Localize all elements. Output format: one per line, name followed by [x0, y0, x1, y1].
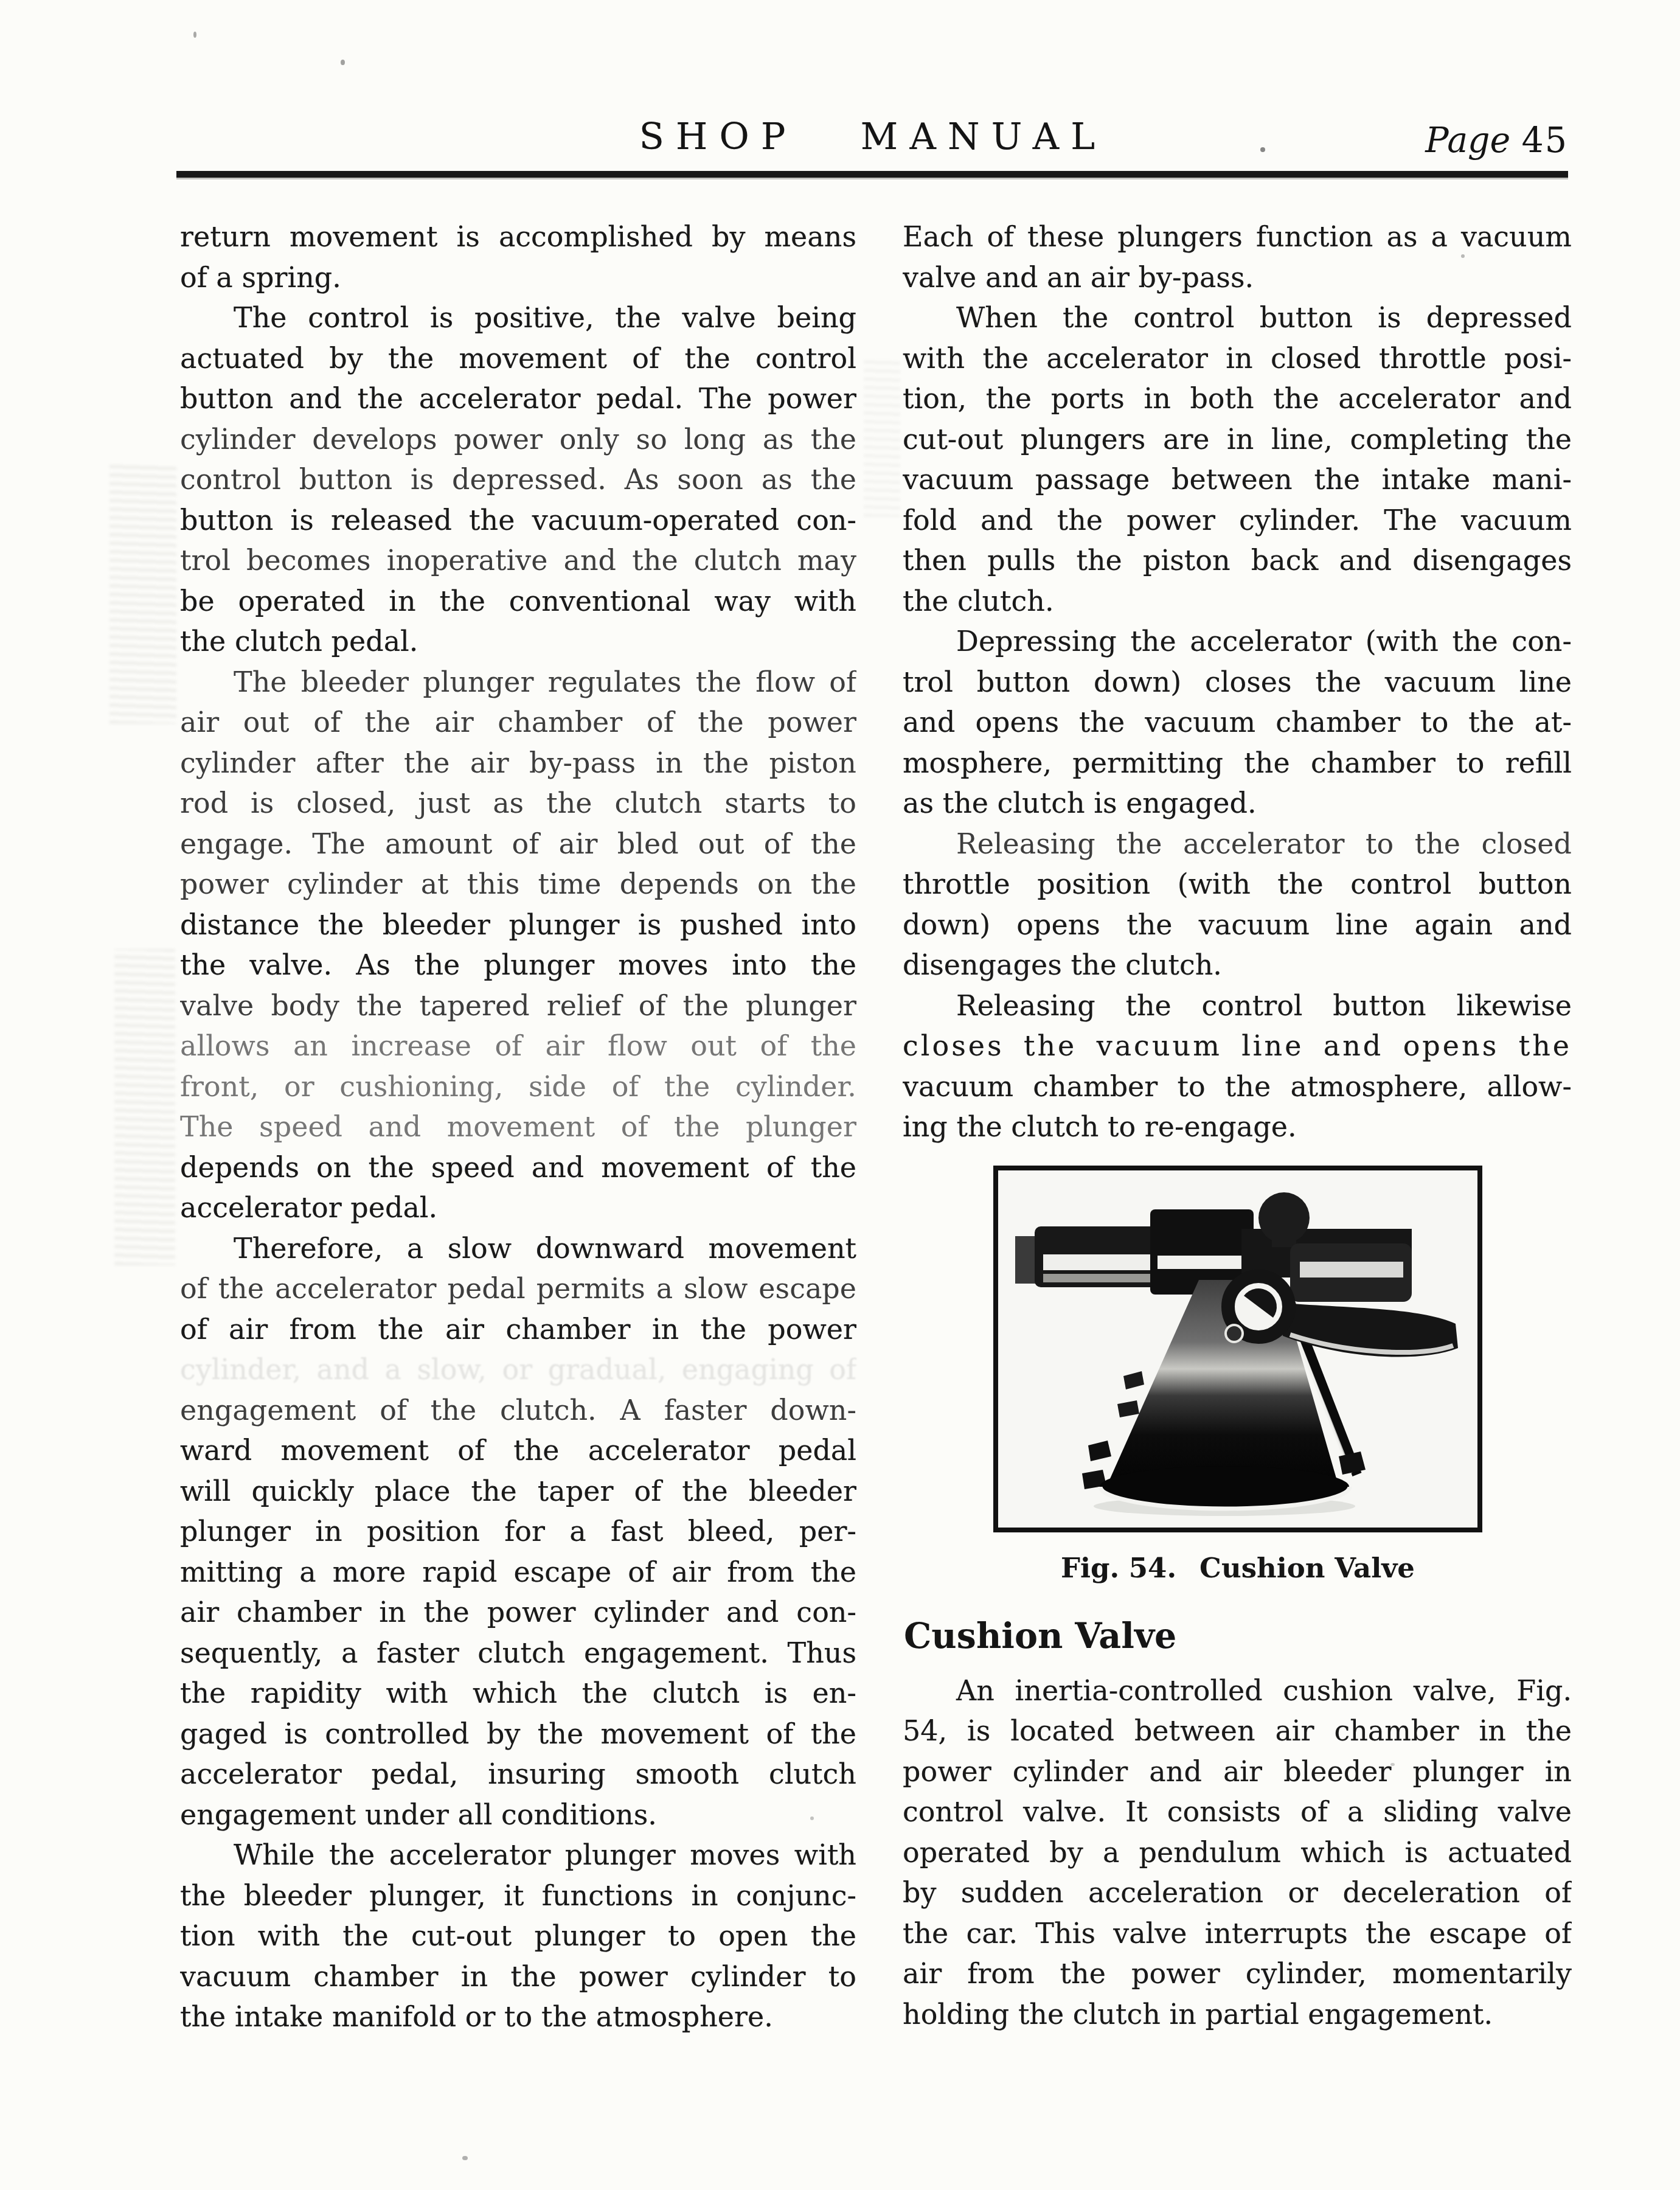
- text-line: valve and an air by-pass.: [903, 257, 1572, 298]
- text-line: Therefore, a slow downward movement: [180, 1228, 856, 1269]
- page-word: Page: [1425, 120, 1510, 161]
- text-line: cut-out plungers are in line, completing…: [903, 419, 1572, 460]
- text-line: valve body the tapered relief of the plu…: [180, 985, 856, 1026]
- text-line: Releasing the accelerator to the closed: [903, 824, 1572, 864]
- cushion-valve-photo: [993, 1166, 1482, 1532]
- scan-speck: [1390, 1763, 1395, 1766]
- text-line: then pulls the piston back and disengage…: [903, 540, 1572, 581]
- text-line: engagement under all conditions.: [180, 1795, 856, 1835]
- figure-54: Fig. 54.Cushion Valve: [903, 1166, 1572, 1584]
- figure-caption: Fig. 54.Cushion Valve: [993, 1552, 1482, 1584]
- text-line: power cylinder at this time depends on t…: [180, 864, 856, 905]
- text-line: rod is closed, just as the clutch starts…: [180, 783, 856, 824]
- scan-speck: [462, 2156, 468, 2160]
- text-line: engagement of the clutch. A faster down-: [180, 1390, 856, 1431]
- scan-speck: [341, 60, 345, 65]
- text-line: cylinder develops power only so long as …: [180, 419, 856, 460]
- text-line: vacuum chamber in the power cylinder to: [180, 1956, 856, 1997]
- text-line: of the accelerator pedal permits a slow …: [180, 1268, 856, 1309]
- text-line: ward movement of the accelerator pedal: [180, 1430, 856, 1471]
- text-line: holding the clutch in partial engagement…: [903, 1994, 1572, 2035]
- text-line: control button is depressed. As soon as …: [180, 459, 856, 500]
- text-line: the clutch pedal.: [180, 621, 856, 662]
- text-line: accelerator pedal.: [180, 1187, 856, 1228]
- text-line: and opens the vacuum chamber to the at-: [903, 702, 1572, 743]
- text-line: of air from the air chamber in the power: [180, 1309, 856, 1350]
- text-line: When the control button is depressed: [903, 297, 1572, 338]
- text-line: button and the accelerator pedal. The po…: [180, 378, 856, 419]
- text-line: The control is positive, the valve being: [180, 297, 856, 338]
- right-column-text-bottom: An inertia-controlled cushion valve, Fig…: [903, 1670, 1572, 2035]
- text-line: distance the bleeder plunger is pushed i…: [180, 905, 856, 945]
- text-line: depends on the speed and movement of the: [180, 1147, 856, 1188]
- text-line: the bleeder plunger, it functions in con…: [180, 1875, 856, 1916]
- text-line: air from the power cylinder, momentarily: [903, 1953, 1572, 1994]
- text-line: the valve. As the plunger moves into the: [180, 945, 856, 985]
- text-line: Depressing the accelerator (with the con…: [903, 621, 1572, 662]
- text-line: vacuum chamber to the atmosphere, allow-: [903, 1066, 1572, 1107]
- text-line: with the accelerator in closed throttle …: [903, 338, 1572, 379]
- text-line: power cylinder and air bleeder plunger i…: [903, 1751, 1572, 1792]
- scan-speck: [1260, 147, 1265, 152]
- scan-speck: [810, 1816, 814, 1820]
- text-line: air chamber in the power cylinder and co…: [180, 1592, 856, 1633]
- section-heading: Cushion Valve: [904, 1618, 1572, 1655]
- text-line: button is released the vacuum-operated c…: [180, 500, 856, 541]
- scan-speck: [193, 32, 196, 38]
- text-line: will quickly place the taper of the blee…: [180, 1471, 856, 1512]
- text-line: of a spring.: [180, 257, 856, 298]
- text-line: tion with the cut-out plunger to open th…: [180, 1916, 856, 1956]
- text-line: The bleeder plunger regulates the flow o…: [180, 662, 856, 703]
- cushion-valve-illustration: [998, 1170, 1477, 1528]
- text-line: control valve. It consists of a sliding …: [903, 1792, 1572, 1832]
- text-line: actuated by the movement of the control: [180, 338, 856, 379]
- scan-smudge: [114, 949, 175, 1265]
- text-line: gaged is controlled by the movement of t…: [180, 1714, 856, 1754]
- text-line: sequently, a faster clutch engagement. T…: [180, 1633, 856, 1674]
- text-line: While the accelerator plunger moves with: [180, 1835, 856, 1875]
- page-number: Page 45: [1425, 120, 1568, 161]
- text-line: as the clutch is engaged.: [903, 783, 1572, 824]
- text-line: 54, is located between air chamber in th…: [903, 1711, 1572, 1751]
- manual-page: SHOP MANUAL Page 45 return movement is a…: [0, 0, 1680, 2190]
- text-line: engage. The amount of air bled out of th…: [180, 824, 856, 864]
- text-line: vacuum passage between the intake mani-: [903, 459, 1572, 500]
- text-line: return movement is accomplished by means: [180, 217, 856, 257]
- text-line: mosphere, permitting the chamber to refi…: [903, 743, 1572, 784]
- text-line: cylinder, and a slow, or gradual, engagi…: [180, 1349, 856, 1390]
- text-line: throttle position (with the control butt…: [903, 864, 1572, 905]
- text-line: tion, the ports in both the accelerator …: [903, 378, 1572, 419]
- page-title: SHOP MANUAL: [176, 116, 1569, 158]
- page-num: 45: [1521, 120, 1568, 161]
- scan-smudge: [109, 462, 176, 724]
- text-line: closes the vacuum line and opens the: [903, 1026, 1572, 1066]
- text-line: operated by a pendulum which is actuated: [903, 1832, 1572, 1873]
- text-line: Releasing the control button likewise: [903, 985, 1572, 1026]
- text-line: fold and the power cylinder. The vacuum: [903, 500, 1572, 541]
- scan-speck: [1461, 254, 1465, 258]
- text-line: the car. This valve interrupts the escap…: [903, 1913, 1572, 1954]
- text-line: Each of these plungers function as a vac…: [903, 217, 1572, 257]
- text-line: disengages the clutch.: [903, 945, 1572, 985]
- left-column: return movement is accomplished by means…: [180, 217, 856, 2037]
- figure-caption-title: Cushion Valve: [1199, 1552, 1415, 1584]
- text-line: the rapidity with which the clutch is en…: [180, 1673, 856, 1714]
- text-line: front, or cushioning, side of the cylind…: [180, 1066, 856, 1107]
- text-line: An inertia-controlled cushion valve, Fig…: [903, 1670, 1572, 1711]
- text-line: trol button down) closes the vacuum line: [903, 662, 1572, 703]
- figure-caption-label: Fig. 54.: [1061, 1552, 1176, 1584]
- right-column-text-top: Each of these plungers function as a vac…: [903, 217, 1572, 1147]
- scan-smudge: [864, 359, 900, 517]
- text-line: mitting a more rapid escape of air from …: [180, 1552, 856, 1593]
- text-line: accelerator pedal, insuring smooth clutc…: [180, 1754, 856, 1795]
- text-line: plunger in position for a fast bleed, pe…: [180, 1511, 856, 1552]
- text-line: the intake manifold or to the atmosphere…: [180, 1997, 856, 2037]
- text-line: air out of the air chamber of the power: [180, 702, 856, 743]
- text-line: cylinder after the air by-pass in the pi…: [180, 743, 856, 784]
- text-line: down) opens the vacuum line again and: [903, 905, 1572, 945]
- right-column: Each of these plungers function as a vac…: [903, 217, 1572, 2034]
- text-line: allows an increase of air flow out of th…: [180, 1026, 856, 1066]
- text-line: the clutch.: [903, 581, 1572, 622]
- header-rule: [176, 171, 1568, 178]
- text-line: be operated in the conventional way with: [180, 581, 856, 622]
- text-line: by sudden acceleration or deceleration o…: [903, 1872, 1572, 1913]
- text-line: ing the clutch to re-engage.: [903, 1107, 1572, 1147]
- text-line: The speed and movement of the plunger: [180, 1107, 856, 1147]
- text-line: trol becomes inoperative and the clutch …: [180, 540, 856, 581]
